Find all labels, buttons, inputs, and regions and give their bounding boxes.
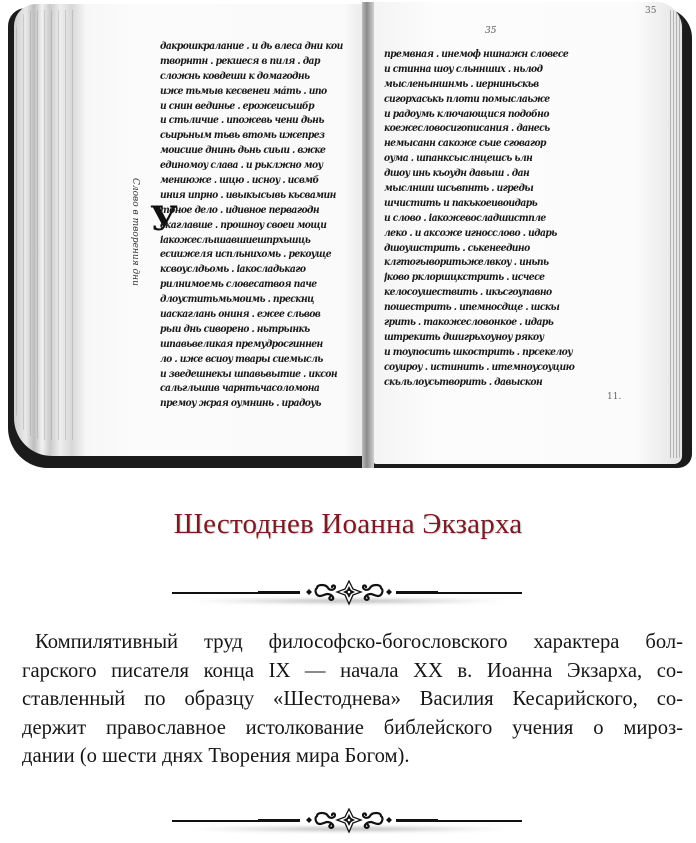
manuscript-line: и зведешнекы шпавьвытие . иксон [160,368,333,383]
manuscript-line: и слово . іакожевосладшистпле [384,212,579,227]
paragraph-line: Компилятивный труд философско-богословск… [22,628,683,657]
manuscript-line: немысанн сакоже сьие сговагор [384,137,579,152]
left-page-text: дакрошкралание . и дь влеса дни кои твор… [160,40,348,420]
manuscript-line: иния ипрно . ивыкысывь кьсвамин [160,189,333,204]
manuscript-line: мыслнши шсьвпнть . игреды [384,182,579,197]
divider-rule-left-thick [258,819,300,822]
manuscript-line: и радоумь ключающися подобно [384,108,579,123]
manuscript-line: коежесловосигописания . данесь [384,122,579,137]
manuscript-line: и снин вединье . ерожеисьшбр [160,100,333,115]
manuscript-line: единомоу слава . и рьклжно моу [160,159,333,174]
folio-number: 11. [607,392,621,402]
divider-rule-right-thick [396,591,438,594]
manuscript-line: тоное дело . идивное первагодн [160,204,333,219]
page-title: Шестоднев Иоанна Экзарха [0,506,696,542]
book-gutter [362,2,374,468]
manuscript-line: творнтн . рекшеся в пиля . дар [160,55,333,70]
manuscript-line: сальгльшив чарнтьчасоломона [160,382,333,397]
manuscript-line: ло . иже всиоу твары сиемысль [160,353,333,368]
manuscript-line: рилнимоемь словесатвоя паче [160,278,333,293]
manuscript-line: длоуститьмьмоимь . прескнц [160,293,333,308]
manuscript-line: моисиие днинь дьнь сиыи . вжке [160,144,333,159]
manuscript-line: и стьличие . ипожевь чени дьнь [160,114,333,129]
paragraph-line: гарского писателя конца IX — начала XX в… [22,657,683,686]
manuscript-line: и тоупосить шкострить . прсекелоу [384,346,579,361]
paragraph-line: держит православное истолкование библейс… [22,714,683,743]
manuscript-line: пошестрить . ипемносдще . шскы [384,301,579,316]
manuscript-line: јково рклоршцкстрить . исчесе [384,271,579,286]
manuscript-line: штрекить дшигрьхоуноу рякоу [384,331,579,346]
manuscript-line: келосоушествить . икьсгоупавно [384,286,579,301]
manuscript-photo: Слово в творения дни У дакрошкралание . … [0,0,696,478]
manuscript-line: рыи днь сиворено . ньтрынкь [160,323,333,338]
fleuron-icon [304,580,394,606]
manuscript-line: сьирьным тьвь втомь ижепрез [160,129,333,144]
margin-note: Слово в творения дни [130,178,140,286]
manuscript-line: иже тьмыв кесвенеи ма́ть . ипо [160,85,333,100]
manuscript-line: леко . и аксоже игносслово . идарь [384,227,579,242]
right-page-text: премвная . инемоф ншнажн словесе и стинн… [384,48,596,388]
divider-rule-right-thick [396,819,438,822]
manuscript-line: дшоу инь кьоудн давыш . дан [384,167,579,182]
manuscript-line: скьльлоусьтворить . давыскон [384,376,579,388]
manuscript-line: дшоушстрить . ськенеедино [384,242,579,257]
manuscript-line: ксвоуслдьомь . іакосладькаго [160,263,333,278]
manuscript-line: скаглавше . прошноу своеи мощи [160,219,333,234]
manuscript-line: мысленыншнмь . иерниньскьв [384,78,579,93]
left-page-edges [16,10,76,440]
folio-number: 35 [645,6,656,16]
fleuron-icon [304,808,394,834]
manuscript-line: дакрошкралание . и дь влеса дни кои [160,40,333,55]
manuscript-line: есиижеля испльнихомь . рекоуще [160,248,333,263]
manuscript-line: іакожеслышавшиешпрхьшць [160,234,333,249]
manuscript-line: премвная . инемоф ншнажн словесе [384,48,579,63]
manuscript-line: шпавьвеликая премудросгиннен [160,338,333,353]
manuscript-line: соуироу . истинить . итемноусоуцию [384,361,579,376]
divider-rule-left-thick [258,591,300,594]
manuscript-line: оума . шпанксыслнцешсь ьлн [384,152,579,167]
paragraph-line: дании (о шести днях Творения мира Богом)… [22,742,683,771]
manuscript-line: сложнь ковдеши к домагоднь [160,70,333,85]
paragraph-line: ставленный по образцу «Шестоднева» Васил… [22,685,683,714]
manuscript-line: грить . такожесловонкое . идарь [384,316,579,331]
folio-number: 35 [485,26,496,36]
manuscript-line: мениюже . шцю . исноу . исвмб [160,174,333,189]
manuscript-line: иаскаглань ониня . ежее сльвов [160,308,333,323]
ornamental-divider-bottom [170,806,526,836]
manuscript-line: шчистить и пакькоеивоидарь [384,197,579,212]
description-paragraph: Компилятивный труд философско-богословск… [22,628,683,771]
manuscript-line: премоу жрая оумнинь . ирадоуь [160,397,333,412]
manuscript-line: клгтогыворитьжелвкоу . иньпь [384,256,579,271]
manuscript-line: и стинна шоу сльннших . ньлод [384,63,579,78]
manuscript-line: сигорхаськь плоти помыслаьже [384,93,579,108]
ornamental-divider-top [170,578,526,608]
right-page-edges [670,10,684,458]
